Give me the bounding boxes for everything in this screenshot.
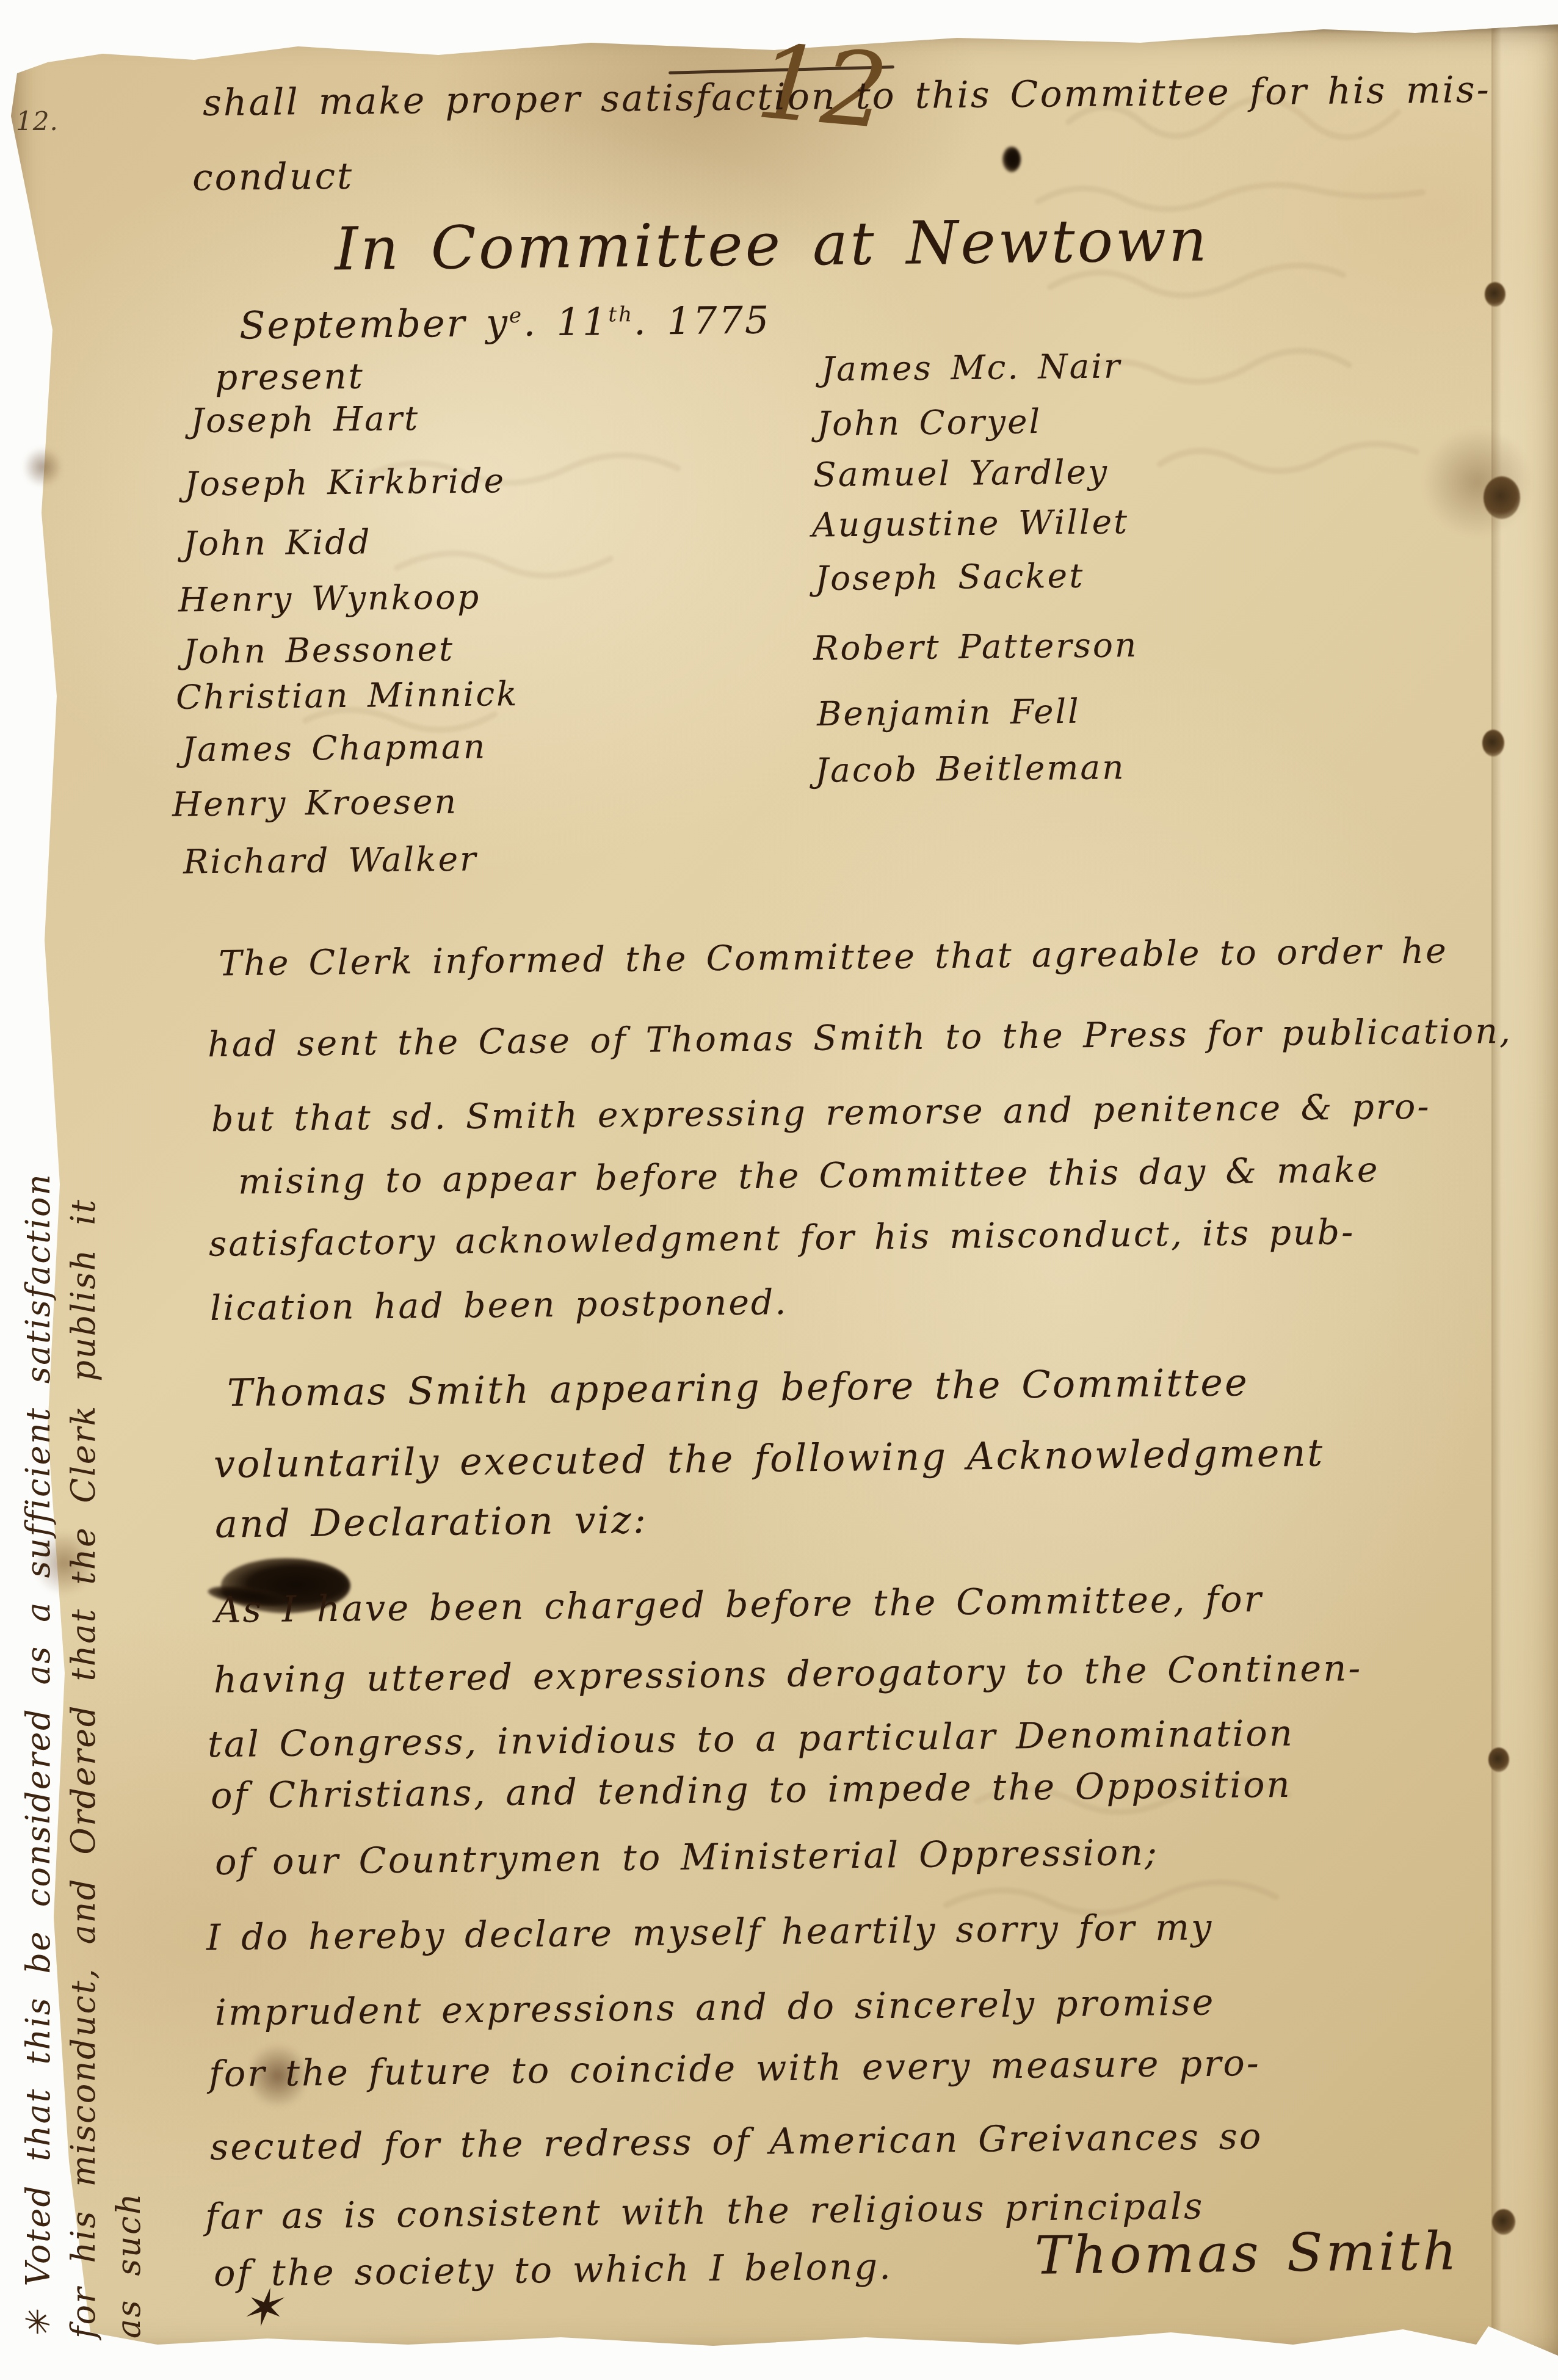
paragraph2-line: and Declaration viz:: [215, 1501, 648, 1543]
declaration-line: I do hereby declare myself heartily sorr…: [206, 1909, 1214, 1955]
attendee-name: Joseph Sacket: [815, 559, 1085, 596]
margin-note: ✳ Voted that this be considered as a suf…: [16, 1068, 151, 2338]
attendee-name: Augustine Willet: [812, 505, 1129, 542]
date-year: . 1775: [634, 297, 771, 343]
declaration-line: for the future to coincide with every me…: [209, 2045, 1261, 2092]
meeting-heading: In Committee at Newtown: [335, 211, 1210, 279]
signature-thomas-smith: Thomas Smith: [1035, 2225, 1460, 2282]
date-month: September y: [239, 300, 510, 348]
text-layer: 12. 12 shall make proper satisfaction to…: [0, 0, 1558, 2380]
declaration-line: As I have been charged before the Commit…: [215, 1581, 1263, 1628]
attendee-name: Richard Walker: [183, 842, 478, 879]
margin-note-line: ✳ Voted that this be considered as a suf…: [16, 1068, 61, 2338]
paragraph1-line: had sent the Case of Thomas Smith to the…: [208, 1014, 1513, 1062]
opening-line: shall make proper satisfaction to this C…: [203, 71, 1491, 122]
margin-note-line: as such: [106, 1068, 151, 2338]
declaration-line: tal Congress, invidious to a particular …: [208, 1715, 1294, 1763]
attendee-name: Henry Kroesen: [172, 785, 458, 822]
declaration-line: of our Countrymen to Ministerial Oppress…: [215, 1834, 1159, 1880]
attendee-name: Jacob Beitleman: [815, 750, 1126, 787]
paragraph1-line: lication had been postponed.: [210, 1285, 788, 1326]
attendee-name: Henry Wynkoop: [178, 580, 481, 617]
date-sup-th: th: [608, 302, 634, 327]
attendee-name: James Mc. Nair: [821, 349, 1122, 386]
paragraph1-line: mising to appear before the Committee th…: [238, 1153, 1380, 1200]
reference-star-mark: ✶: [239, 2282, 284, 2334]
declaration-line: having uttered expressions derogatory to…: [214, 1650, 1363, 1698]
paragraph1-line: satisfactory acknowledgment for his misc…: [209, 1215, 1355, 1262]
attendee-name: Benjamin Fell: [817, 695, 1081, 731]
paragraph2-line: Thomas Smith appearing before the Commit…: [227, 1363, 1249, 1412]
paragraph1-line: The Clerk informed the Committee that ag…: [219, 934, 1448, 981]
present-label: present: [215, 358, 365, 396]
attendee-name: James Chapman: [182, 730, 487, 766]
manuscript-scan: { "colors":{"paper":"#dcc69b","ink":"#2e…: [0, 0, 1558, 2380]
declaration-line: of Christians, and tending to impede the…: [211, 1766, 1292, 1814]
attendee-name: John Kidd: [183, 525, 372, 561]
paragraph1-line: but that sd. Smith expressing remorse an…: [211, 1090, 1431, 1137]
date-day: . 11: [523, 299, 609, 344]
declaration-line: secuted for the redress of American Grei…: [210, 2118, 1263, 2165]
attendee-name: John Coryel: [817, 405, 1042, 441]
date-line: September ye. 11th. 1775: [239, 301, 771, 344]
attendee-name: Christian Minnick: [176, 677, 519, 714]
attendee-name: Joseph Hart: [190, 402, 420, 438]
declaration-line: imprudent expressions and do sincerely p…: [215, 1984, 1216, 2030]
attendee-name: Robert Patterson: [813, 628, 1139, 666]
date-sup-e: e: [509, 303, 524, 328]
attendee-name: John Bessonet: [183, 633, 455, 669]
declaration-closing-line: of the society to which I belong.: [214, 2248, 893, 2291]
opening-line: conduct: [192, 158, 354, 197]
attendee-name: Samuel Yardley: [813, 455, 1109, 492]
folio-note: 12.: [16, 109, 59, 134]
paragraph2-line: voluntarily executed the following Ackno…: [214, 1434, 1325, 1483]
margin-note-line: for his misconduct, and Ordered that the…: [61, 1068, 106, 2338]
attendee-name: Joseph Kirkbride: [184, 464, 506, 501]
